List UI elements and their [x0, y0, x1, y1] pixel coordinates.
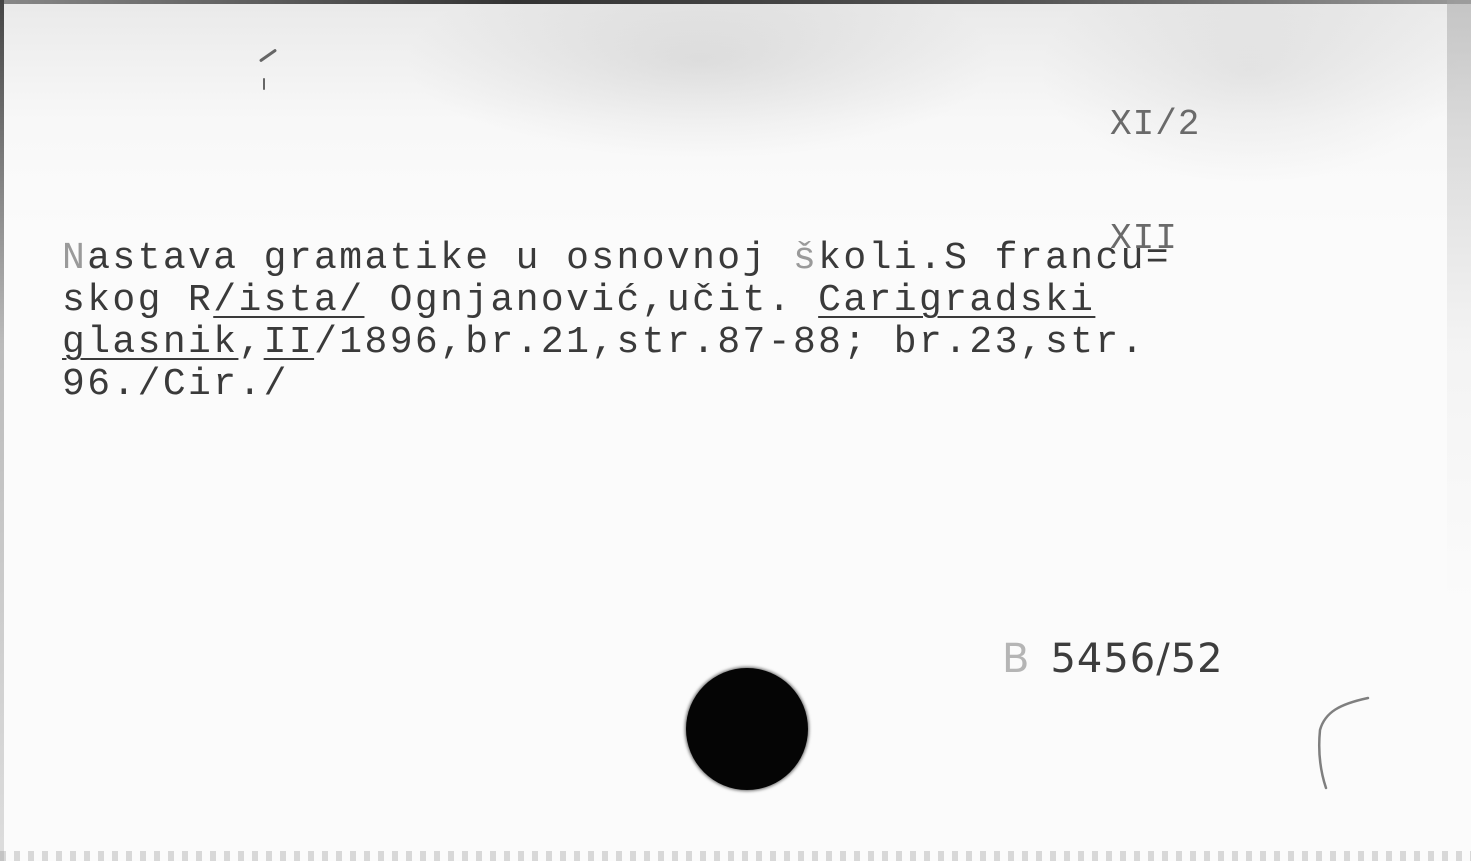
entry-text-segment: /ista/	[213, 279, 364, 322]
scan-edge-top	[0, 0, 1471, 4]
punch-hole	[686, 668, 808, 790]
entry-text-segment: skog R	[62, 279, 213, 322]
entry-line-2: skog R/ista/ Ognjanović,učit. Carigradsk…	[62, 280, 1171, 322]
entry-text-segment: ,	[238, 321, 263, 364]
entry-text-segment: Carigradski	[818, 279, 1095, 322]
entry-line-3: glasnik,II/1896,br.21,str.87-88; br.23,s…	[62, 322, 1171, 364]
entry-text-segment: Ognjanović,učit.	[364, 279, 818, 322]
entry-text-segment: koli.S francu=	[818, 237, 1171, 280]
entry-text-segment: /1896,br.21,str.87-88; br.23,str.	[314, 321, 1146, 364]
smudge-mark	[259, 49, 277, 63]
entry-text-segment: glasnik	[62, 321, 238, 364]
call-number-line-1: XI/2	[1110, 106, 1200, 144]
scan-edge-left	[0, 0, 4, 861]
entry-text-segment: N	[62, 237, 87, 280]
pencil-check-icon	[1290, 690, 1380, 800]
accession-number: B5456/52	[1002, 636, 1224, 682]
accession-prefix: B	[1002, 636, 1030, 682]
entry-text-segment: 96./Cir./	[62, 363, 289, 406]
scan-edge-right	[1447, 0, 1471, 861]
catalog-entry-text: Nastava gramatike u osnovnoj školi.S fra…	[62, 238, 1171, 406]
scan-edge-bottom	[0, 851, 1471, 861]
entry-line-4: 96./Cir./	[62, 364, 1171, 406]
entry-text-segment: astava gramatike u osnovnoj	[87, 237, 793, 280]
entry-line-1: Nastava gramatike u osnovnoj školi.S fra…	[62, 238, 1171, 280]
accession-value: 5456/52	[1050, 636, 1223, 682]
catalog-card: XI/2 XII Nastava gramatike u osnovnoj šk…	[0, 0, 1471, 861]
entry-text-segment: II	[264, 321, 314, 364]
smudge-mark	[263, 78, 265, 90]
entry-text-segment: š	[793, 237, 818, 280]
